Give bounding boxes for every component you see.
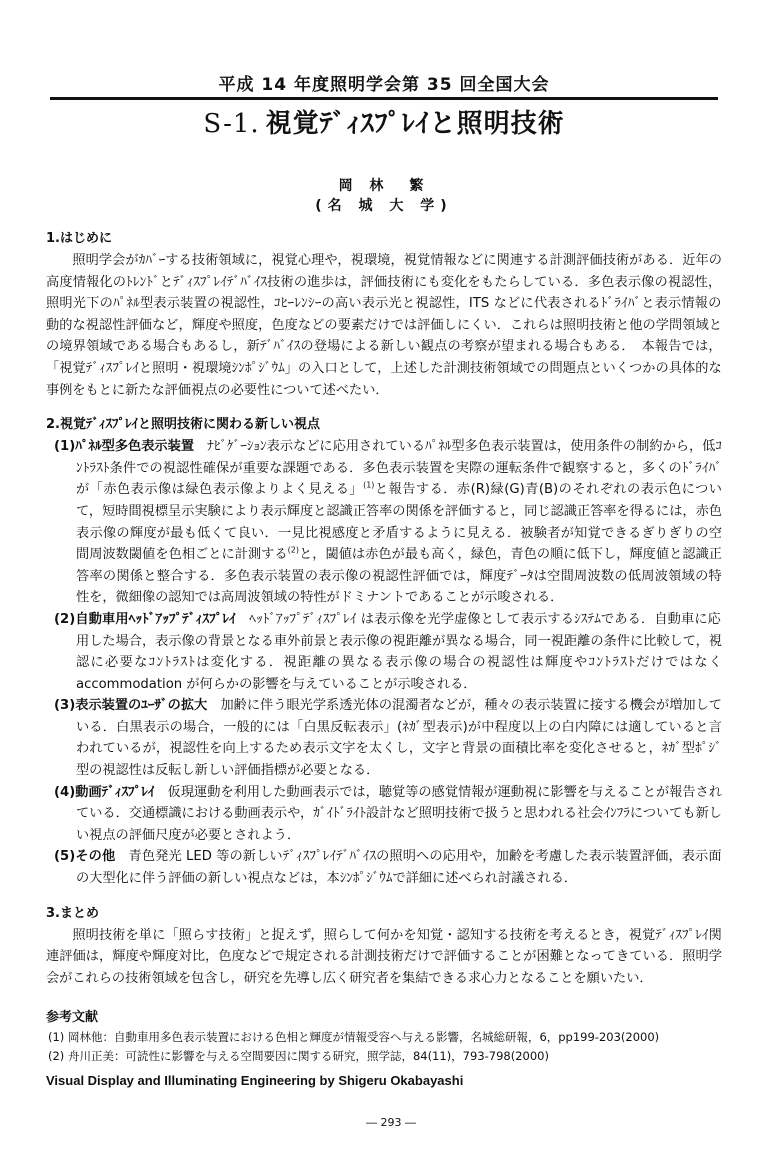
paper-body: 1.はじめに 照明学会がｶﾊﾞｰする技術領域に，視覚心理や，視環境，視覚情報など…	[46, 228, 722, 1066]
paper-title: S-1.視覚ﾃﾞｨｽﾌﾟﾚｲと照明技術	[50, 103, 718, 140]
citation-2: (2)	[288, 546, 299, 555]
section-heading-summary: 3.まとめ	[46, 903, 722, 925]
item-label: (1)ﾊﾟﾈﾙ型多色表示装置	[54, 439, 194, 454]
header-rule	[50, 97, 718, 100]
references-heading: 参考文献	[46, 1008, 722, 1028]
reference-item-1: (1) 岡林他：自動車用多色表示装置における色相と輝度が情報受容へ与える影響，名…	[46, 1028, 722, 1047]
citation-1: (1)	[363, 481, 374, 490]
viewpoint-item-3: (3)表示装置のﾕｰｻﾞの拡大 加齢に伴う眼光学系透光体の混濁者などが，種々の表…	[46, 695, 722, 781]
item-text: 仮現運動を利用した動画表示では，聴覚等の感覚情報が運動視に影響を与えることが報告…	[76, 785, 722, 843]
item-label: (3)表示装置のﾕｰｻﾞの拡大	[54, 698, 207, 713]
viewpoint-item-2: (2)自動車用ﾍｯﾄﾞｱｯﾌﾟﾃﾞｨｽﾌﾟﾚｲ ﾍｯﾄﾞｱｯﾌﾟﾃﾞｨｽﾌﾟﾚｲ…	[46, 609, 722, 695]
session-code: S-1.	[203, 109, 259, 139]
english-title: Visual Display and Illuminating Engineer…	[46, 1073, 463, 1088]
title-text: 視覚ﾃﾞｨｽﾌﾟﾚｲと照明技術	[266, 109, 565, 139]
author-affiliation: (名 城 大 学)	[50, 196, 718, 216]
reference-item-2: (2) 舟川正美：可読性に影響を与える空間要因に関する研究，照学誌，84(11)…	[46, 1047, 722, 1066]
summary-paragraph: 照明技術を単に「照らす技術」と捉えず，照らして何かを知覚・認知する技術を考えると…	[46, 925, 722, 990]
intro-paragraph: 照明学会がｶﾊﾞｰする技術領域に，視覚心理や，視環境，視覚情報などに関連する計測…	[46, 250, 722, 401]
author-name: 岡 林 繁	[50, 176, 718, 196]
viewpoint-item-1: (1)ﾊﾟﾈﾙ型多色表示装置 ﾅﾋﾞｹﾞｰｼｮﾝ表示などに応用されているﾊﾟﾈﾙ…	[46, 436, 722, 609]
section-heading-intro: 1.はじめに	[46, 228, 722, 250]
conference-header: 平成 14 年度照明学会第 35 回全国大会	[50, 70, 718, 95]
viewpoint-item-5: (5)その他 青色発光 LED 等の新しいﾃﾞｨｽﾌﾟﾚｲﾃﾞﾊﾞｲｽの照明への…	[46, 846, 722, 889]
author-block: 岡 林 繁 (名 城 大 学)	[50, 176, 718, 216]
item-label: (4)動画ﾃﾞｨｽﾌﾟﾚｲ	[54, 785, 154, 800]
viewpoint-item-4: (4)動画ﾃﾞｨｽﾌﾟﾚｲ 仮現運動を利用した動画表示では，聴覚等の感覚情報が運…	[46, 782, 722, 847]
section-heading-viewpoints: 2.視覚ﾃﾞｨｽﾌﾟﾚｲと照明技術に関わる新しい視点	[46, 414, 722, 436]
page-number: ― 293 ―	[0, 1116, 782, 1129]
item-text: 青色発光 LED 等の新しいﾃﾞｨｽﾌﾟﾚｲﾃﾞﾊﾞｲｽの照明への応用や，加齢を…	[76, 849, 722, 886]
item-label: (2)自動車用ﾍｯﾄﾞｱｯﾌﾟﾃﾞｨｽﾌﾟﾚｲ	[54, 612, 236, 627]
item-label: (5)その他	[54, 849, 115, 864]
